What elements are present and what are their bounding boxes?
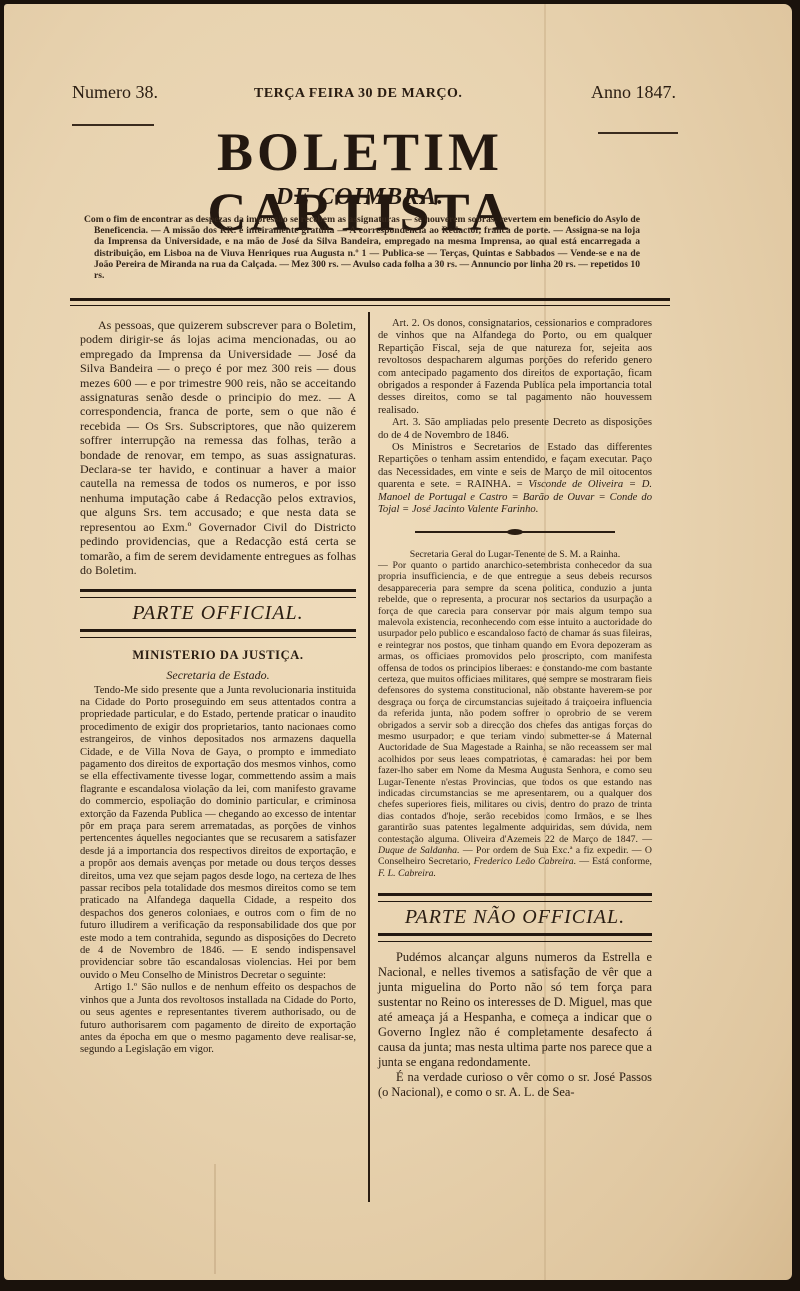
masthead-divider xyxy=(70,298,670,306)
left-column: As pessoas, que quizerem subscrever para… xyxy=(80,318,356,1057)
proclamation-signature-1: Duque de Saldanha. xyxy=(378,845,460,856)
nonofficial-paragraph-1: Pudémos alcançar alguns numeros da Estre… xyxy=(378,950,652,1070)
right-column: Art. 2. Os donos, consignatarios, cessio… xyxy=(378,318,652,1100)
section-title-nonofficial: PARTE NÃO OFFICIAL. xyxy=(378,910,652,924)
proclamation-signature-2: Frederico Leão Cabreira. xyxy=(474,856,577,867)
decree-closing: Os Ministros e Secretarios de Estado das… xyxy=(378,442,652,516)
decree-body: Tendo-Me sido presente que a Junta revol… xyxy=(80,685,356,983)
article-2: Art. 2. Os donos, consignatarios, cessio… xyxy=(378,318,652,417)
secretariat-heading: Secretaria de Estado. xyxy=(80,668,356,682)
section-rule-top-nonofficial xyxy=(378,893,652,902)
proclamation-heading: Secretaria Geral do Lugar-Tenente de S. … xyxy=(378,549,652,560)
article-3: Art. 3. São ampliadas pelo presente Decr… xyxy=(378,417,652,442)
subscription-notice-text: Com o fim de encontrar as despezas da im… xyxy=(84,214,640,281)
section-rule-top xyxy=(80,589,356,598)
newspaper-subtitle: DE COIMBRA. xyxy=(80,184,640,211)
issue-number: Numero 38. xyxy=(72,82,158,103)
section-rule-bottom xyxy=(80,629,356,638)
section-title-official: PARTE OFFICIAL. xyxy=(80,606,356,620)
masthead-info-row: Numero 38. TERÇA FEIRA 30 DE MARÇO. Anno… xyxy=(72,82,692,112)
proclamation-conformity: — Está conforme, xyxy=(579,856,652,867)
column-divider xyxy=(368,312,370,1202)
section-rule-bottom-nonofficial xyxy=(378,933,652,942)
nonofficial-paragraph-2: É na verdade curioso o vêr como o sr. Jo… xyxy=(378,1070,652,1100)
subscription-notice: Com o fim de encontrar as despezas da im… xyxy=(84,214,640,281)
issue-date: TERÇA FEIRA 30 DE MARÇO. xyxy=(254,86,462,102)
proclamation-text: — Por quanto o partido anarchico-setembr… xyxy=(378,560,652,845)
proclamation-body: — Por quanto o partido anarchico-setembr… xyxy=(378,560,652,879)
intro-paragraph: As pessoas, que quizerem subscrever para… xyxy=(80,318,356,577)
proclamation-signature-3: F. L. Cabreira. xyxy=(378,868,436,879)
ministry-heading: MINISTERIO DA JUSTIÇA. xyxy=(80,648,356,662)
issue-year: Anno 1847. xyxy=(591,82,676,103)
article-1: Artigo 1.º São nullos e de nenhum effeit… xyxy=(80,982,356,1056)
ornamental-divider xyxy=(415,529,615,535)
